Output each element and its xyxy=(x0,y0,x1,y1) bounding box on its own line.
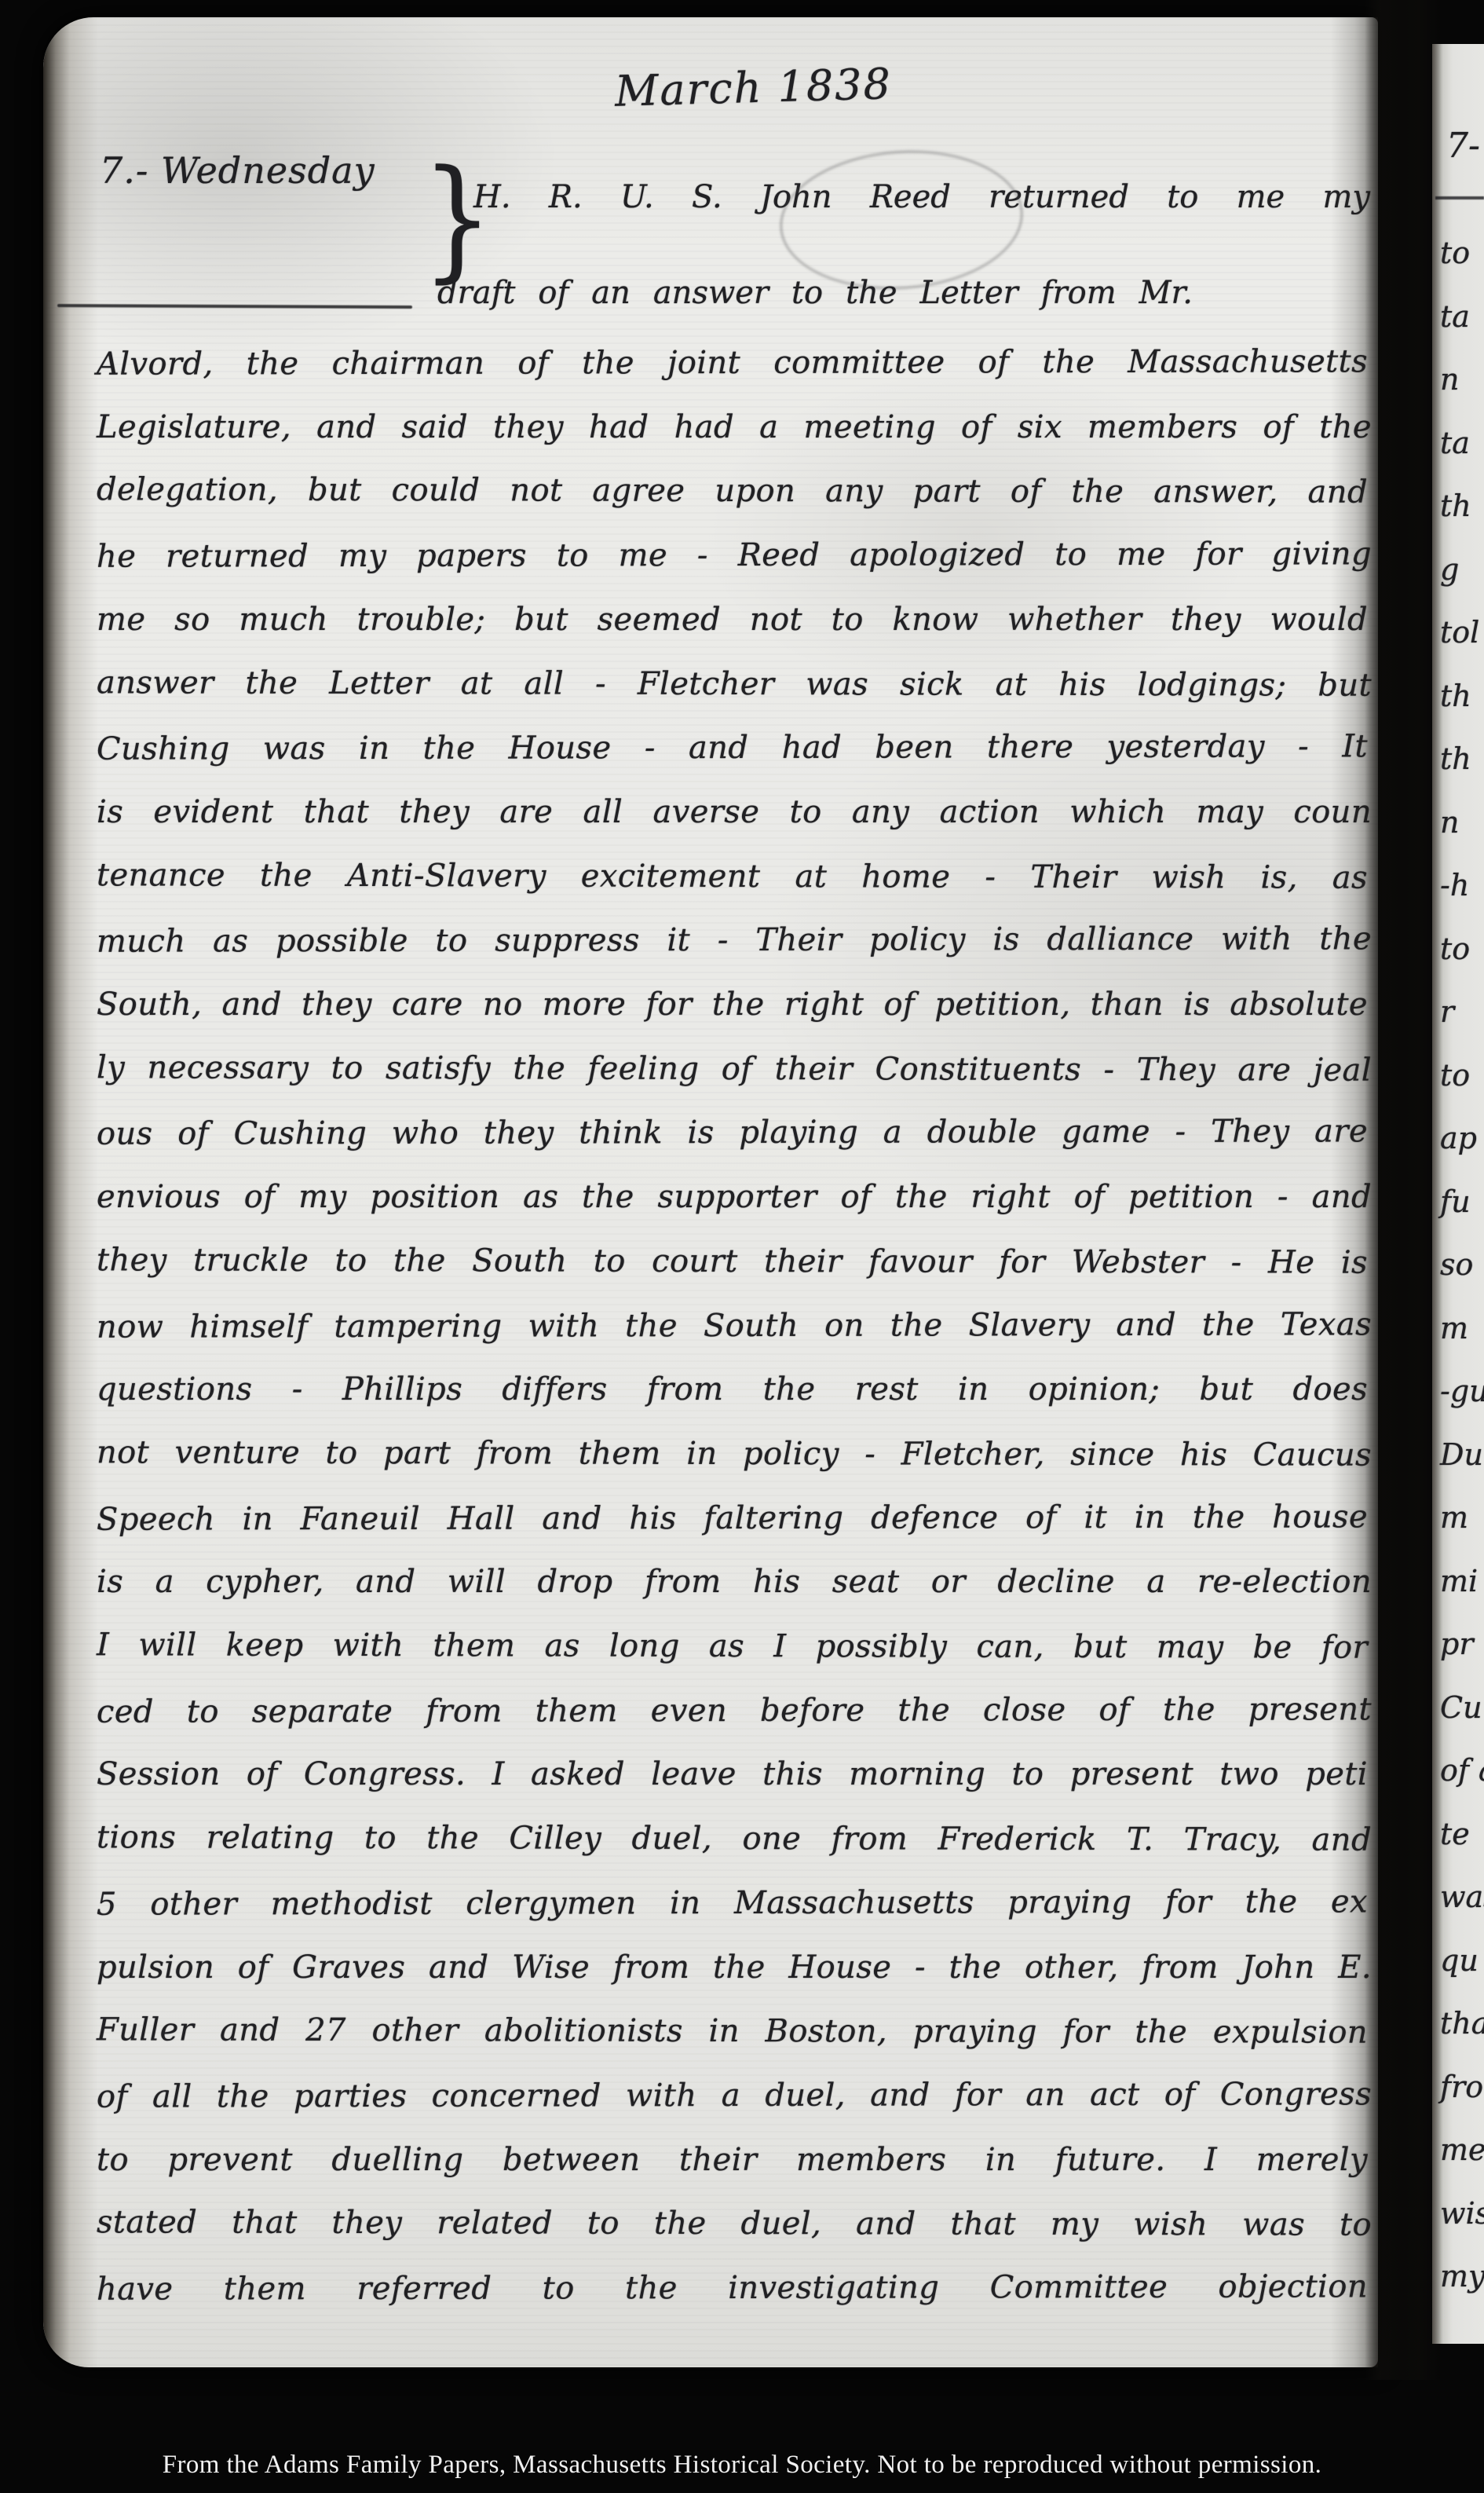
facing-page-fragment: -h xyxy=(1440,854,1484,917)
month-header: March 1838 xyxy=(614,59,893,116)
facing-page-fragment: ap xyxy=(1440,1107,1484,1170)
facing-page-fragment: n xyxy=(1440,791,1484,855)
facing-page-fragment: m xyxy=(1440,1486,1484,1550)
manuscript-line: ly necessary to satisfy the feeling of t… xyxy=(97,1036,1372,1103)
facing-page-fragment: qu xyxy=(1440,1929,1484,1993)
manuscript-line: not venture to part from them in policy … xyxy=(97,1421,1372,1488)
manuscript-line: Cushing was in the House - and had been … xyxy=(97,716,1372,782)
facing-page-fragment: th xyxy=(1440,664,1484,728)
facing-page-fragments: totantathgtolththn-htortoapfusom-guDummi… xyxy=(1440,221,1484,2308)
manuscript-line: questions - Phillips differs from the re… xyxy=(97,1358,1372,1422)
manuscript-body: Alvord, the chairman of the joint commit… xyxy=(97,331,1372,2321)
manuscript-line: ous of Cushing who they think is playing… xyxy=(97,1100,1372,1167)
facing-page-fragment: pr xyxy=(1440,1613,1484,1676)
facing-page-fragment: te xyxy=(1440,1803,1484,1866)
manuscript-line: of all the parties concerned with a duel… xyxy=(97,2063,1372,2129)
manuscript-line: to prevent duelling between their member… xyxy=(97,2129,1372,2193)
manuscript-line: pulsion of Graves and Wise from the Hous… xyxy=(97,1936,1372,2001)
facing-page-fragment: to xyxy=(1440,1044,1484,1107)
facing-page-fragment: ta xyxy=(1440,285,1484,349)
caption-bar: From the Adams Family Papers, Massachuse… xyxy=(0,2444,1484,2493)
facing-page-fragment: Du xyxy=(1440,1423,1484,1487)
manuscript-line: Speech in Faneuil Hall and his faltering… xyxy=(97,1485,1372,1552)
date-underline xyxy=(57,304,412,309)
facing-page-fragment: r xyxy=(1440,980,1484,1044)
facing-page-fragment: me xyxy=(1440,2118,1484,2182)
facing-page-fragment: g xyxy=(1440,538,1484,602)
facing-page-fragment: wish xyxy=(1440,2182,1484,2246)
film-frame: { "scan": { "background_color": "#060606… xyxy=(0,0,1484,2493)
facing-page-fragment: Cu xyxy=(1440,1676,1484,1740)
entry-second-line: draft of an answer to the Letter from Mr… xyxy=(437,275,1193,311)
facing-page-fragment: -gu xyxy=(1440,1360,1484,1423)
entry-brace: } xyxy=(422,140,493,297)
manuscript-page: March 1838 7.- Wednesday } H. R. U. S. J… xyxy=(43,17,1378,2367)
manuscript-line: delegation, but could not agree upon any… xyxy=(97,459,1372,525)
facing-page-fragment: ta xyxy=(1440,412,1484,475)
manuscript-line: Session of Congress. I asked leave this … xyxy=(97,1743,1372,1807)
facing-page-fragment: from xyxy=(1440,2056,1484,2119)
manuscript-line: they truckle to the South to court their… xyxy=(97,1228,1372,1295)
manuscript-line: me so much trouble; but seemed not to kn… xyxy=(97,588,1372,653)
manuscript-line: 5 other methodist clergymen in Massachus… xyxy=(97,1870,1372,1937)
manuscript-line: envious of my position as the supporter … xyxy=(97,1166,1372,1230)
entry-date-heading: 7.- Wednesday xyxy=(100,149,375,192)
facing-page-fragment: n xyxy=(1440,348,1484,412)
facing-page-fragment: was xyxy=(1440,1865,1484,1929)
manuscript-line: I will keep with them as long as I possi… xyxy=(97,1613,1372,1680)
manuscript-line: stated that they related to the duel, an… xyxy=(97,2191,1372,2258)
manuscript-line: tions relating to the Cilley duel, one f… xyxy=(97,1806,1372,1872)
manuscript-line: is a cypher, and will drop from his seat… xyxy=(97,1550,1372,1615)
manuscript-line: tenance the Anti-Slavery excitement at h… xyxy=(97,844,1372,910)
manuscript-line: he returned my papers to me - Reed apolo… xyxy=(97,522,1372,589)
caption-text: From the Adams Family Papers, Massachuse… xyxy=(163,2451,1322,2479)
facing-page-fragment: so xyxy=(1440,1233,1484,1297)
manuscript-line: have them referred to the investigating … xyxy=(97,2255,1372,2322)
facing-page-fragment: to xyxy=(1440,917,1484,981)
facing-page-fragment: fu xyxy=(1440,1170,1484,1234)
manuscript-line: answer the Letter at all - Fletcher was … xyxy=(97,651,1372,718)
facing-page-fragment: th xyxy=(1440,727,1484,791)
manuscript-line: is evident that they are all averse to a… xyxy=(97,781,1372,845)
facing-page-fragment: to xyxy=(1440,221,1484,285)
facing-page-fragment: my xyxy=(1440,2245,1484,2308)
manuscript-line: ced to separate from them even before th… xyxy=(97,1678,1372,1744)
manuscript-line: Alvord, the chairman of the joint commit… xyxy=(97,330,1372,397)
facing-page-fragment: tha xyxy=(1440,1992,1484,2056)
facing-page-fragment: mi xyxy=(1440,1550,1484,1613)
manuscript-line: South, and they care no more for the rig… xyxy=(97,973,1372,1038)
facing-page-fragment: tol xyxy=(1440,601,1484,664)
facing-page-date: 7- xyxy=(1446,126,1480,166)
manuscript-line: Fuller and 27 other abolitionists in Bos… xyxy=(97,1999,1372,2066)
facing-page-fragment: m xyxy=(1440,1297,1484,1360)
manuscript-line: now himself tampering with the South on … xyxy=(97,1293,1372,1360)
facing-page-fragment: of a xyxy=(1440,1739,1484,1803)
facing-page-fragment: th xyxy=(1440,474,1484,538)
manuscript-line: much as possible to suppress it - Their … xyxy=(97,908,1372,975)
book-gutter-shadow xyxy=(1365,0,1443,2380)
manuscript-line: Legislature, and said they had had a mee… xyxy=(97,396,1372,460)
